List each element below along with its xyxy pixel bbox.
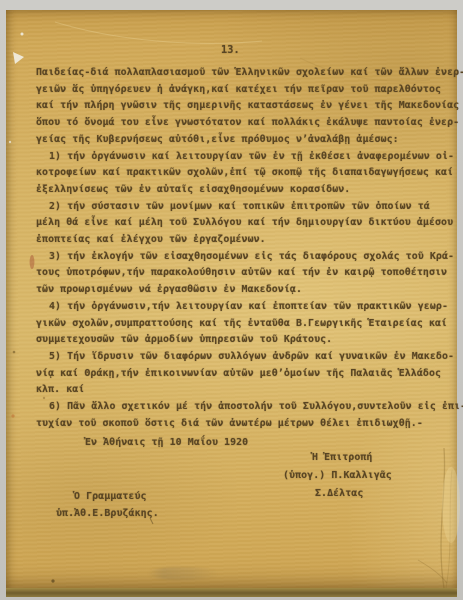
body-line: κοτροφείων καί πρακτικῶν σχολῶν,ἐπί τῷ σ… — [36, 165, 454, 182]
body-line: 2) τήν σύστασιν τῶν μονίμων καί τοπικῶν … — [36, 199, 454, 216]
body-line: νίᾳ καί Θράκῃ,τήν ἐπικοινωνίαν αὐτῶν μεθ… — [36, 366, 454, 383]
page-number: 13. — [221, 43, 240, 60]
faint-stamp-smudge — [148, 567, 218, 580]
body-line: 5) Τήν ἵδρυσιν τῶν διαφόρων συλλόγων ἀνδ… — [36, 349, 454, 366]
body-line: ἐξελληνίσεως τῶν ἐν αὐταῖς εἰσαχθησομένω… — [36, 182, 454, 199]
body-text: Παιδείας-διά πολλαπλασιασμοῦ τῶν Ἑλληνικ… — [36, 65, 454, 432]
body-line: Παιδείας-διά πολλαπλασιασμοῦ τῶν Ἑλληνικ… — [36, 65, 454, 82]
body-line: ὅπου τό ὄνομά του εἶνε γνωστότατον καί π… — [36, 115, 454, 132]
body-line: καί τήν πλήρη γνῶσιν τῆς σημερινῆς κατασ… — [36, 98, 454, 115]
body-line: τυχίαν τοῦ σκοποῦ ὅστις διά τῶν ἀνωτέρω … — [36, 416, 454, 433]
committee-title: Ἡ Ἐπιτροπή — [312, 450, 372, 467]
secretary-signature: ὑπ.Ἀθ.Ε.Βρυζάκης. — [56, 506, 159, 523]
body-line: 4) τήν ὀργάνωσιν,τήν λειτουργίαν καί ἐπο… — [36, 299, 454, 316]
body-line: μέλη θά εἶνε καί μέλη τοῦ Συλλόγου καί τ… — [36, 215, 454, 232]
secretary-title: Ὁ Γραμματεύς — [74, 489, 147, 506]
document-scan: 13. Παιδείας-διά πολλαπλασιασμοῦ τῶν Ἑλλ… — [0, 0, 463, 600]
body-line: ἐποπτείας καί ἐλέγχου τῶν ἐργαζομένων. — [36, 232, 454, 249]
body-line: κλπ. καί — [36, 382, 454, 399]
body-line: γικῶν σχολῶν,συμπραττούσης καί τῆς ἐνταῦ… — [36, 316, 454, 333]
body-line: 3) τήν ἐκλογήν τῶν εἰσαχθησομένων εἰς τά… — [36, 249, 454, 266]
signed-label: (ὑπογ.) — [283, 470, 325, 481]
dateline: Ἐν Ἀθήναις τῇ 10 Μαΐου 1920 — [85, 435, 248, 452]
body-line: τους ὑποτρόφων,τήν παρακολούθησιν αὐτῶν … — [36, 265, 454, 282]
body-line: γειῶν ἅς ὑπηγόρευεν ἡ ἀνάγκη,καί κατέχει… — [36, 82, 454, 99]
page-bottom-edge — [6, 588, 457, 597]
committee-signature-line: (ὑπογ.) Π.Καλλιγᾶς — [283, 468, 392, 485]
body-line: συμμετεχουσῶν τῶν ἁρμοδίων ὑπηρεσιῶν τοῦ… — [36, 332, 454, 349]
body-line: τῶν προωρισμένων νά ἐργασθῶσιν ἐν Μακεδο… — [36, 282, 454, 299]
committee-signature-2: Σ.Δέλτας — [315, 486, 363, 503]
body-line: 6) Πᾶν ἄλλο σχετικόν μέ τήν ἀποστολήν το… — [36, 399, 454, 416]
body-line: γείας τῆς Κυβερνήσεως αὐτόθι,εἶνε πρόθυμ… — [36, 132, 454, 149]
committee-signature-1: Π.Καλλιγᾶς — [331, 470, 391, 481]
body-line: 1) τήν ὀργάνωσιν καί λειτουργίαν τῶν ἐν … — [36, 149, 454, 166]
